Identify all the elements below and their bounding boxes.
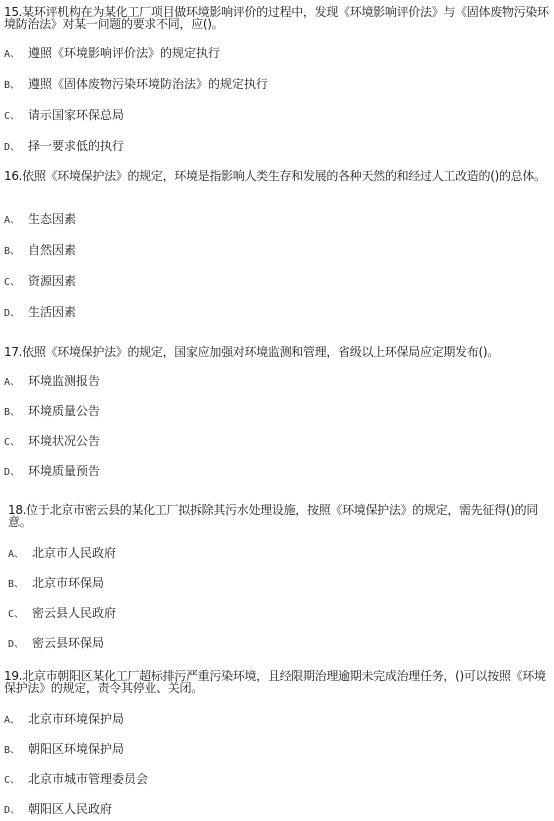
option-c[interactable]: C、环境状况公告 <box>4 434 100 450</box>
option-label: C、 <box>4 774 28 788</box>
option-label: A、 <box>4 714 28 728</box>
question-stem: 15.某环评机构在为某化工厂项目做环境影响评价的过程中，发现《环境影响评价法》与… <box>4 6 550 30</box>
option-text: 请示国家环保总局 <box>28 108 124 122</box>
option-label: D、 <box>4 141 28 155</box>
option-label: D、 <box>8 638 32 652</box>
option-c[interactable]: C、北京市城市管理委员会 <box>4 772 148 788</box>
option-a[interactable]: A、环境监测报告 <box>4 374 100 390</box>
question-stem: 18.位于北京市密云县的某化工厂拟拆除其污水处理设施，按照《环境保护法》的规定，… <box>8 504 546 528</box>
option-label: C、 <box>4 110 28 124</box>
question-stem: 17.依照《环境保护法》的规定，国家应加强对环境监测和管理，省级以上环保局应定期… <box>4 346 550 358</box>
option-label: B、 <box>4 79 28 93</box>
option-label: A、 <box>4 48 28 62</box>
question-17: 17.依照《环境保护法》的规定，国家应加强对环境监测和管理，省级以上环保局应定期… <box>4 346 550 358</box>
option-text: 环境状况公告 <box>28 434 100 448</box>
option-text: 择一要求低的执行 <box>28 139 124 153</box>
option-label: B、 <box>4 744 28 758</box>
option-a[interactable]: A、遵照《环境影响评价法》的规定执行 <box>4 46 220 62</box>
option-text: 环境质量公告 <box>28 404 100 418</box>
option-text: 遵照《固体废物污染环境防治法》的规定执行 <box>28 77 268 91</box>
question-15: 15.某环评机构在为某化工厂项目做环境影响评价的过程中，发现《环境影响评价法》与… <box>4 6 550 30</box>
option-b[interactable]: B、遵照《固体废物污染环境防治法》的规定执行 <box>4 77 268 93</box>
option-label: D、 <box>4 307 28 321</box>
option-d[interactable]: D、朝阳区人民政府 <box>4 802 112 818</box>
option-text: 遵照《环境影响评价法》的规定执行 <box>28 46 220 60</box>
option-label: B、 <box>4 245 28 259</box>
option-label: A、 <box>4 214 28 228</box>
option-text: 生活因素 <box>28 305 76 319</box>
option-text: 环境监测报告 <box>28 374 100 388</box>
option-a[interactable]: A、北京市环境保护局 <box>4 712 124 728</box>
option-d[interactable]: D、生活因素 <box>4 305 76 321</box>
option-d[interactable]: D、环境质量预告 <box>4 464 100 480</box>
option-text: 环境质量预告 <box>28 464 100 478</box>
option-label: C、 <box>4 436 28 450</box>
option-label: C、 <box>4 276 28 290</box>
option-text: 生态因素 <box>28 212 76 226</box>
option-text: 密云县人民政府 <box>32 606 116 620</box>
option-text: 北京市环境保护局 <box>28 712 124 726</box>
option-label: A、 <box>8 548 32 562</box>
option-text: 北京市人民政府 <box>32 546 116 560</box>
question-stem: 16.依照《环境保护法》的规定，环境是指影响人类生存和发展的各种天然的和经过人工… <box>4 170 550 182</box>
option-c[interactable]: C、请示国家环保总局 <box>4 108 124 124</box>
option-b[interactable]: B、北京市环保局 <box>8 576 104 592</box>
option-label: D、 <box>4 804 28 818</box>
option-d[interactable]: D、密云县环保局 <box>8 636 104 652</box>
option-text: 朝阳区环境保护局 <box>28 742 124 756</box>
option-b[interactable]: B、自然因素 <box>4 243 76 259</box>
option-a[interactable]: A、生态因素 <box>4 212 76 228</box>
option-text: 北京市环保局 <box>32 576 104 590</box>
option-label: D、 <box>4 466 28 480</box>
question-stem: 19.北京市朝阳区某化工厂超标排污严重污染环境，且经限期治理逾期未完成治理任务，… <box>4 670 550 694</box>
question-19: 19.北京市朝阳区某化工厂超标排污严重污染环境，且经限期治理逾期未完成治理任务，… <box>4 670 550 694</box>
option-text: 北京市城市管理委员会 <box>28 772 148 786</box>
question-16: 16.依照《环境保护法》的规定，环境是指影响人类生存和发展的各种天然的和经过人工… <box>4 170 550 182</box>
option-label: A、 <box>4 376 28 390</box>
option-c[interactable]: C、密云县人民政府 <box>8 606 116 622</box>
option-c[interactable]: C、资源因素 <box>4 274 76 290</box>
option-text: 资源因素 <box>28 274 76 288</box>
option-b[interactable]: B、环境质量公告 <box>4 404 100 420</box>
option-text: 朝阳区人民政府 <box>28 802 112 816</box>
option-text: 密云县环保局 <box>32 636 104 650</box>
option-a[interactable]: A、北京市人民政府 <box>8 546 116 562</box>
option-d[interactable]: D、择一要求低的执行 <box>4 139 124 155</box>
option-label: C、 <box>8 608 32 622</box>
option-label: B、 <box>8 578 32 592</box>
question-18: 18.位于北京市密云县的某化工厂拟拆除其污水处理设施，按照《环境保护法》的规定，… <box>8 504 546 528</box>
option-label: B、 <box>4 406 28 420</box>
option-text: 自然因素 <box>28 243 76 257</box>
option-b[interactable]: B、朝阳区环境保护局 <box>4 742 124 758</box>
